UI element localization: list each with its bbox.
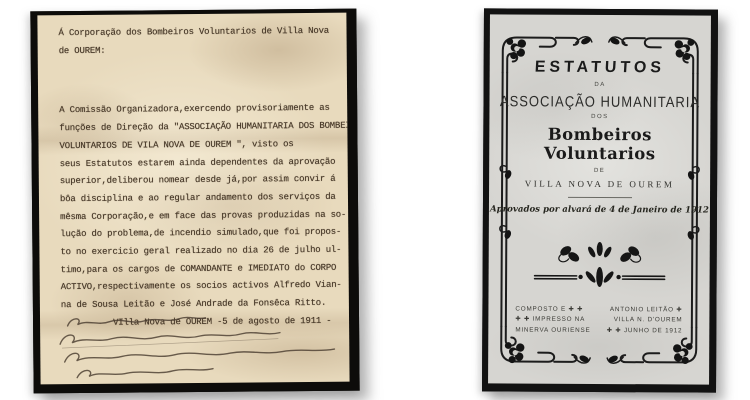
- handwritten-signatures: [51, 304, 349, 385]
- statutes-cover-photo: ESTATUTOS DA ASSOCIAÇÃO HUMANITARIA DOS …: [482, 8, 718, 392]
- cover-de: DE: [594, 168, 605, 174]
- letter-line: to no exercicio geral realizado no dia 2…: [60, 242, 348, 262]
- letter-paper: Á Corporação dos Bombeiros Voluntarios d…: [37, 13, 349, 385]
- statutes-cover-paper: ESTATUTOS DA ASSOCIAÇÃO HUMANITARIA DOS …: [488, 14, 711, 384]
- letter-line: Á Corporação dos Bombeiros Voluntarios d…: [58, 23, 346, 43]
- cover-dos: DOS: [591, 114, 609, 120]
- cover-association: ASSOCIAÇÃO HUMANITARIA: [500, 92, 700, 110]
- cover-text: ESTATUTOS DA ASSOCIAÇÃO HUMANITARIA DOS …: [488, 14, 711, 384]
- imprint-printer: Composto e ✚ ✚ ✚ ✚ Impresso na Minerva O…: [515, 304, 590, 336]
- imprint-publisher: Antonio Leitão ✚ Villa N. d'Ourem ✚ ✚ Ju…: [607, 305, 683, 337]
- letter-line: de OUREM:: [59, 40, 347, 60]
- imprint-line: Minerva Ouriense: [515, 325, 590, 336]
- imprint-block: Composto e ✚ ✚ ✚ ✚ Impresso na Minerva O…: [488, 304, 709, 337]
- letter-photo: Á Corporação dos Bombeiros Voluntarios d…: [30, 9, 359, 394]
- imprint-line: Antonio Leitão ✚: [607, 305, 683, 316]
- cover-da: DA: [594, 82, 605, 88]
- cover-title: ESTATUTOS: [535, 59, 666, 78]
- cover-approval: Aprovados por alvará de 4 de Janeiro de …: [490, 204, 709, 215]
- letter-line: bôa disciplina e ao regular andamento do…: [60, 189, 348, 209]
- imprint-line: Composto e ✚ ✚: [515, 304, 590, 315]
- divider-rule: [568, 197, 632, 198]
- imprint-line: Villa N. d'Ourem: [607, 315, 683, 326]
- letter-line: funções de Direção da "ASSOCIAÇÃO HUMANI…: [59, 118, 347, 138]
- typewritten-text: Á Corporação dos Bombeiros Voluntarios d…: [37, 13, 349, 333]
- cover-bombeiros: Bombeiros Voluntarios: [489, 124, 710, 163]
- imprint-line: ✚ ✚ Impresso na: [515, 315, 590, 326]
- floral-ornament: [524, 239, 674, 298]
- imprint-line: ✚ ✚ Junho de 1912: [607, 326, 683, 337]
- cover-place: VILLA NOVA DE OUREM: [525, 179, 675, 190]
